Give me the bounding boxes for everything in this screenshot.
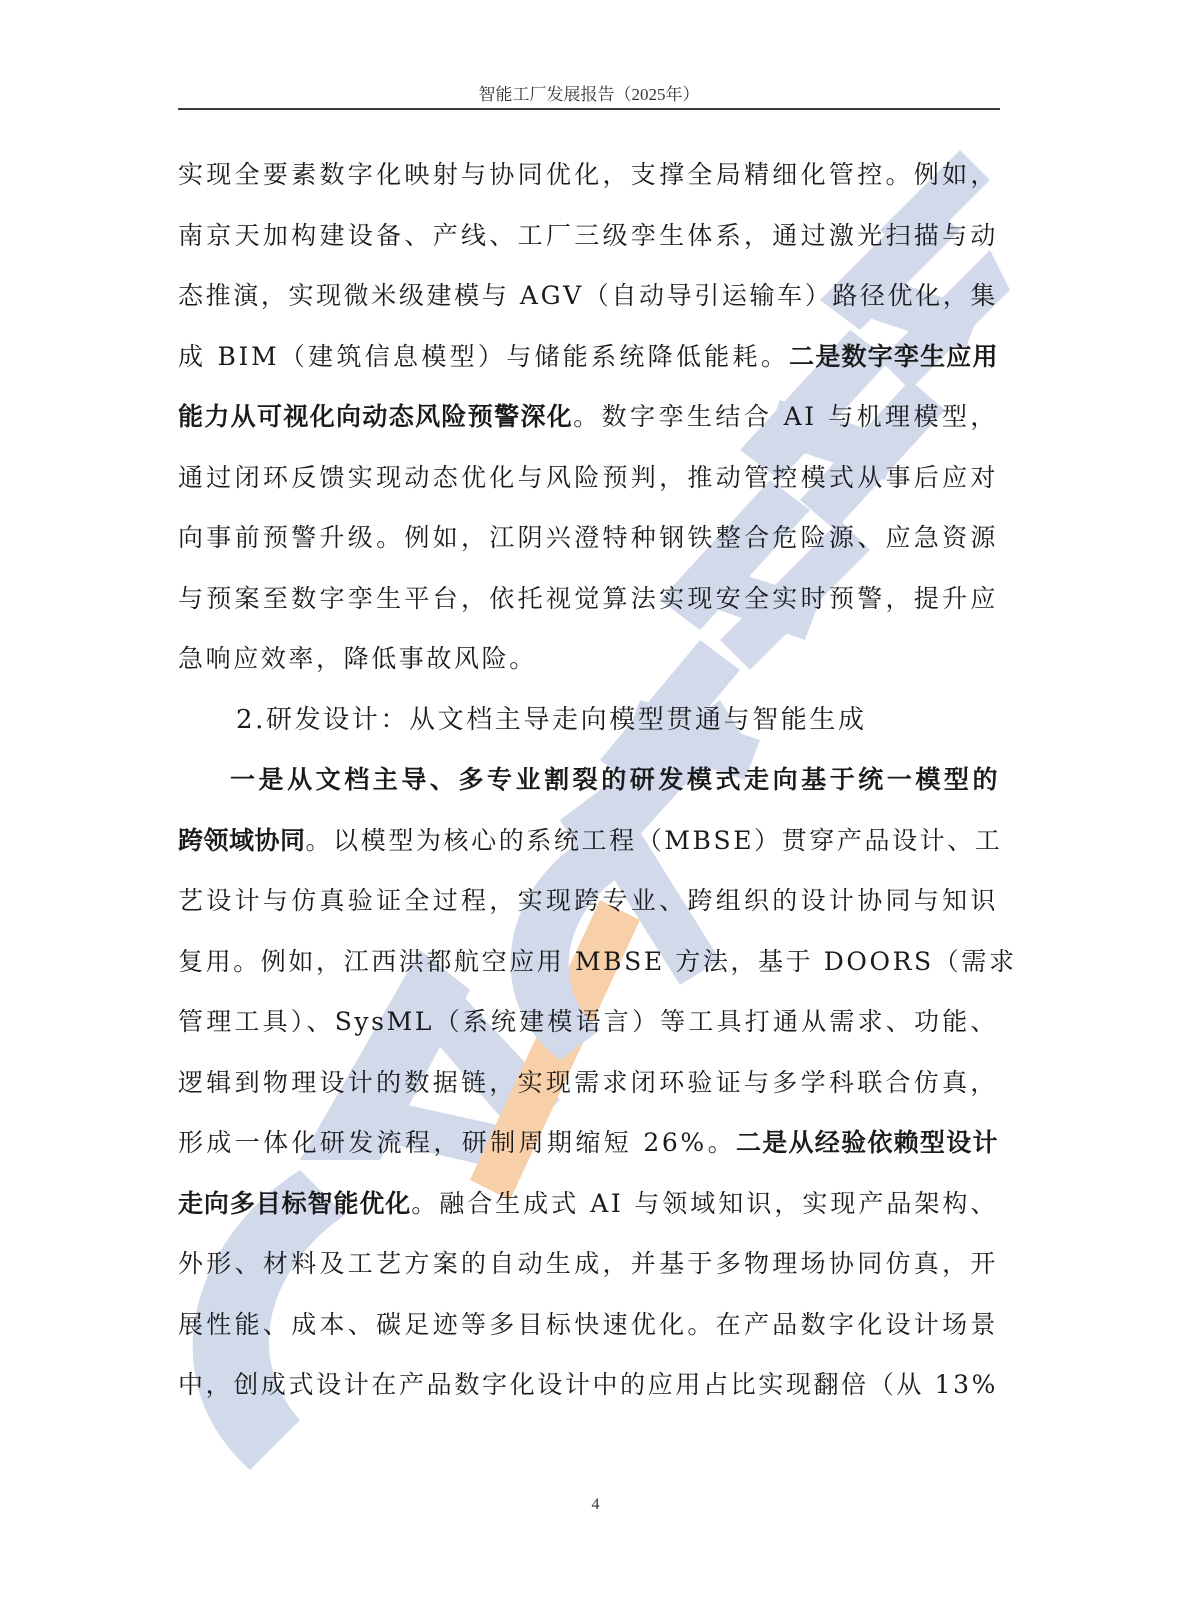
text-line: 形成一体化研发流程，研制周期缩短 26%。二是从经验依赖型设计 — [178, 1113, 998, 1174]
text-line: 展性能、成本、碳足迹等多目标快速优化。在产品数字化设计场景 — [178, 1295, 998, 1356]
text-line: 能力从可视化向动态风险预警深化。数字孪生结合 AI 与机理模型， — [178, 387, 998, 448]
text-line: 急响应效率，降低事故风险。 — [178, 629, 998, 690]
text-line: 复用。例如，江西洪都航空应用 MBSE 方法，基于 DOORS（需求 — [178, 932, 998, 993]
text-run: 管理工具）、SysML（系统建模语言）等工具打通从需求、功能、 — [178, 1007, 998, 1036]
text-line: 外形、材料及工艺方案的自动生成，并基于多物理场协同仿真，开 — [178, 1234, 998, 1295]
header-divider — [178, 108, 1000, 110]
text-line: 南京天加构建设备、产线、工厂三级孪生体系，通过激光扫描与动 — [178, 206, 998, 267]
bold-emphasis: 二是从经验依赖型设计 — [736, 1128, 998, 1157]
text-run: 态推演，实现微米级建模与 AGV（自动导引运输车）路径优化，集 — [178, 281, 998, 310]
text-run: 向事前预警升级。例如，江阴兴澄特种钢铁整合危险源、应急资源 — [178, 523, 998, 552]
text-run: 2.研发设计：从文档主导走向模型贯通与智能生成 — [236, 705, 867, 735]
text-run: 中，创成式设计在产品数字化设计中的应用占比实现翻倍（从 13% — [178, 1370, 998, 1399]
text-line: 与预案至数字孪生平台，依托视觉算法实现安全实时预警，提升应 — [178, 569, 998, 630]
text-run: 艺设计与仿真验证全过程，实现跨专业、跨组织的设计协同与知识 — [178, 886, 998, 915]
text-run: 复用。例如，江西洪都航空应用 MBSE 方法，基于 DOORS（需求 — [178, 947, 1017, 976]
bold-emphasis: 一是从文档主导、多专业割裂的研发模式走向基于统一模型的 — [230, 765, 998, 794]
text-line: 艺设计与仿真验证全过程，实现跨专业、跨组织的设计协同与知识 — [178, 871, 998, 932]
body-text: 实现全要素数字化映射与协同优化，支撑全局精细化管控。例如，南京天加构建设备、产线… — [178, 145, 998, 1416]
running-header: 智能工厂发展报告（2025年） — [178, 80, 1000, 105]
text-line: 中，创成式设计在产品数字化设计中的应用占比实现翻倍（从 13% — [178, 1355, 998, 1416]
text-line: 走向多目标智能优化。融合生成式 AI 与领域知识，实现产品架构、 — [178, 1174, 998, 1235]
bold-emphasis: 能力从可视化向动态风险预警深化 — [178, 402, 573, 431]
text-line: 跨领域协同。以模型为核心的系统工程（MBSE）贯穿产品设计、工 — [178, 811, 998, 872]
text-run: 急响应效率，降低事故风险。 — [178, 644, 537, 673]
text-line: 逻辑到物理设计的数据链，实现需求闭环验证与多学科联合仿真， — [178, 1053, 998, 1114]
page-number: 4 — [0, 1496, 1191, 1514]
text-run: 与预案至数字孪生平台，依托视觉算法实现安全实时预警，提升应 — [178, 584, 998, 613]
text-line: 管理工具）、SysML（系统建模语言）等工具打通从需求、功能、 — [178, 992, 998, 1053]
text-line: 向事前预警升级。例如，江阴兴澄特种钢铁整合危险源、应急资源 — [178, 508, 998, 569]
bold-emphasis: 走向多目标智能优化 — [178, 1189, 411, 1218]
text-run: 。数字孪生结合 AI 与机理模型， — [573, 402, 998, 431]
text-run: 外形、材料及工艺方案的自动生成，并基于多物理场协同仿真，开 — [178, 1249, 998, 1278]
text-run: 逻辑到物理设计的数据链，实现需求闭环验证与多学科联合仿真， — [178, 1068, 998, 1097]
text-run: 展性能、成本、碳足迹等多目标快速优化。在产品数字化设计场景 — [178, 1310, 998, 1339]
document-page: 智能工厂发展报告（2025年） 实现全要素数字化映射与协同优化，支撑全局精细化管… — [0, 0, 1191, 1616]
text-line: 态推演，实现微米级建模与 AGV（自动导引运输车）路径优化，集 — [178, 266, 998, 327]
bold-emphasis: 跨领域协同 — [178, 826, 306, 855]
text-line: 通过闭环反馈实现动态优化与风险预判，推动管控模式从事后应对 — [178, 448, 998, 509]
section-heading: 2.研发设计：从文档主导走向模型贯通与智能生成 — [178, 690, 998, 751]
text-run: 实现全要素数字化映射与协同优化，支撑全局精细化管控。例如， — [178, 160, 998, 189]
text-line: 实现全要素数字化映射与协同优化，支撑全局精细化管控。例如， — [178, 145, 998, 206]
text-line: 一是从文档主导、多专业割裂的研发模式走向基于统一模型的 — [178, 750, 998, 811]
text-run: 南京天加构建设备、产线、工厂三级孪生体系，通过激光扫描与动 — [178, 221, 998, 250]
text-run: 通过闭环反馈实现动态优化与风险预判，推动管控模式从事后应对 — [178, 463, 998, 492]
text-line: 成 BIM（建筑信息模型）与储能系统降低能耗。二是数字孪生应用 — [178, 327, 998, 388]
text-run: 。以模型为核心的系统工程（MBSE）贯穿产品设计、工 — [306, 826, 1003, 855]
bold-emphasis: 二是数字孪生应用 — [789, 342, 998, 371]
text-run: 形成一体化研发流程，研制周期缩短 26%。 — [178, 1128, 736, 1157]
text-run: 成 BIM（建筑信息模型）与储能系统降低能耗。 — [178, 342, 789, 371]
text-run: 。融合生成式 AI 与领域知识，实现产品架构、 — [411, 1189, 998, 1218]
